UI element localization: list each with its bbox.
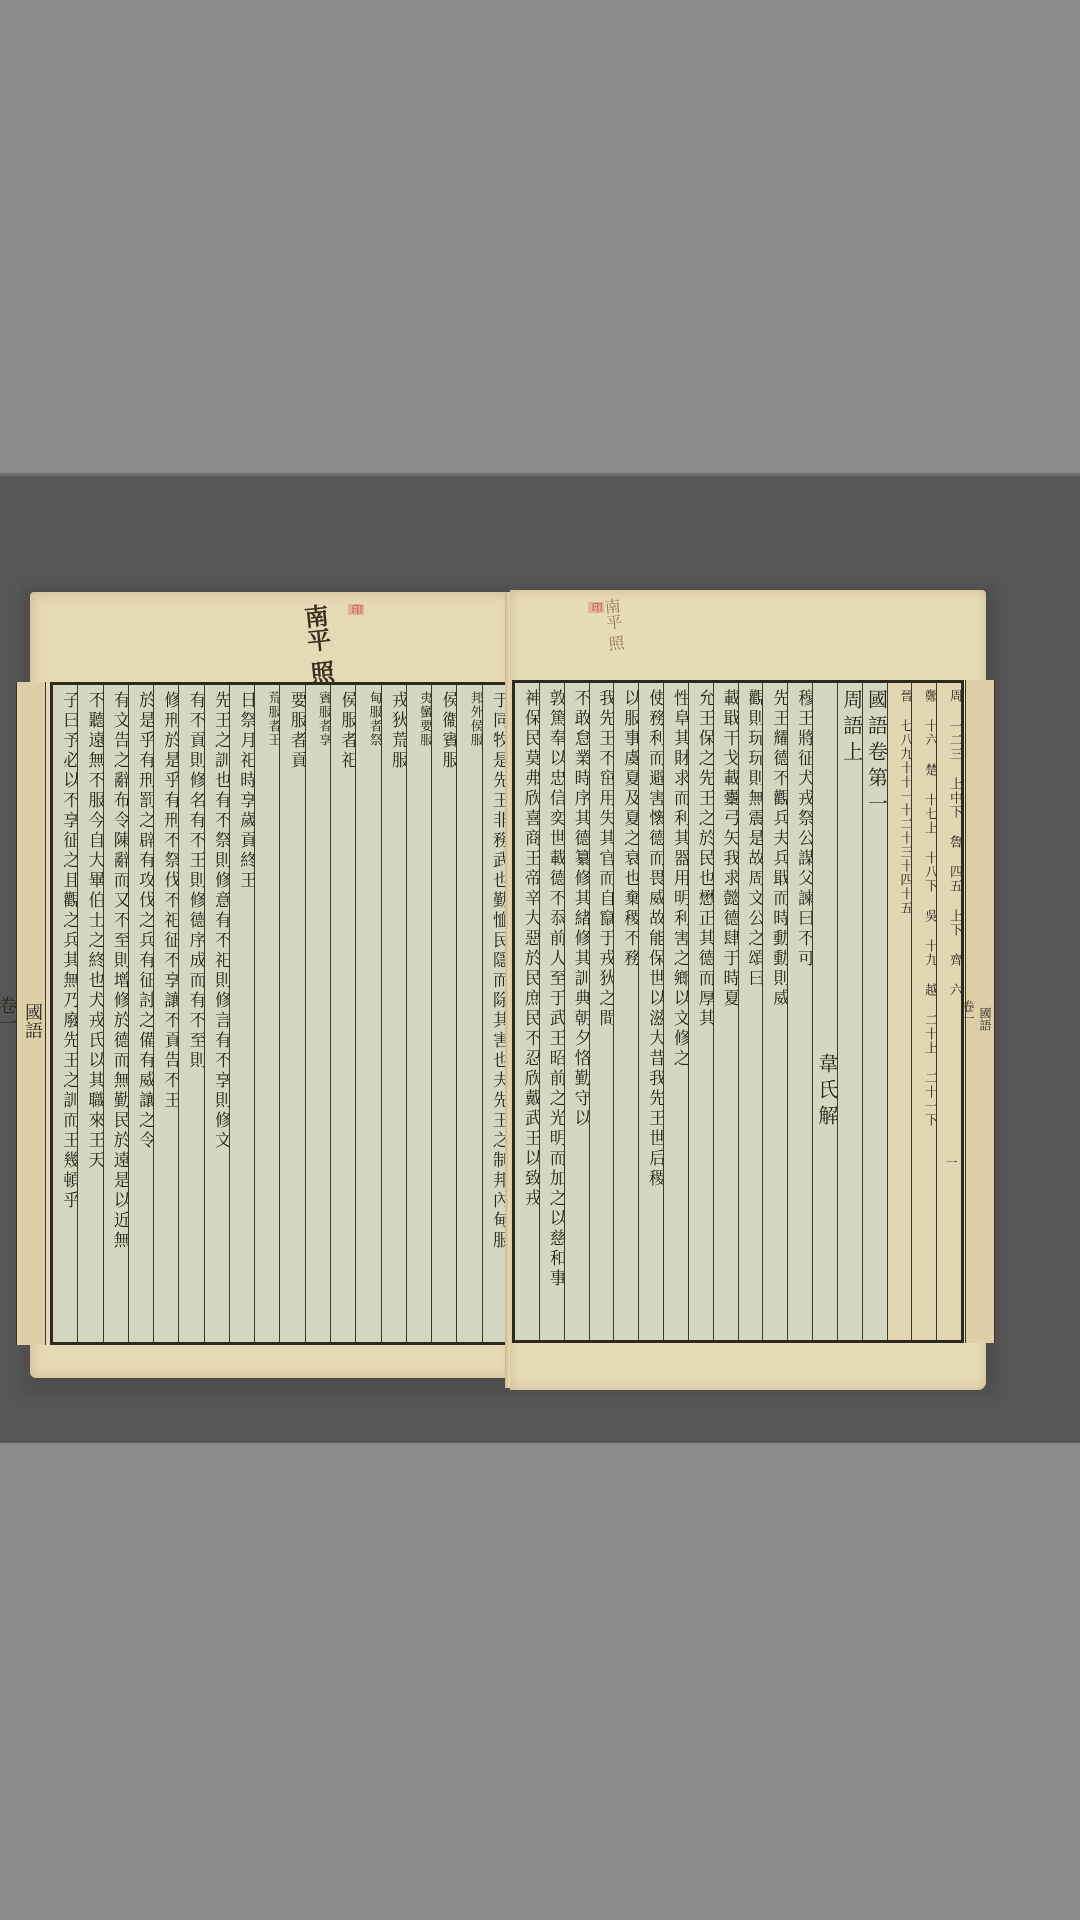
- spine-volume: 卷一: [0, 996, 19, 1032]
- red-seal: 印: [348, 604, 364, 615]
- text-column: 有文告之辭布令陳辭而又不至則增修於德而無勤民於遠是以近無: [103, 685, 128, 1342]
- text-column: 日祭月祀時享歲貢終王: [229, 685, 254, 1342]
- left-text-block: 于同牧是先王非務武也勤恤民隱而除其害也夫先王之制邦內甸服 邦外侯服 侯衞賓服 夷…: [50, 682, 510, 1345]
- text-column: 性阜其財求而利其器用明利害之鄉以文修之: [663, 683, 688, 1340]
- text-column: 侯服者祀: [330, 685, 355, 1342]
- right-page: 南平 照 印 周 一二三 上中下 魯 四五 上下 齊 六 鄭 十六 楚 十七上 …: [510, 590, 986, 1390]
- text-column: 先王耀德不觀兵夫兵戢而時動動則威: [762, 683, 787, 1340]
- left-spine-column: 國語 卷一 二: [16, 682, 46, 1345]
- text-column: 于同牧是先王非務武也勤恤民隱而除其害也夫先王之制邦內甸服: [482, 685, 507, 1342]
- text-column: 甸服者祭: [355, 685, 380, 1342]
- text-column: 賓服者享: [305, 685, 330, 1342]
- text-column: 敦篤奉以忠信奕世載德不忝前人至于武王昭前之光明而加之以慈和事: [539, 683, 564, 1340]
- spine-page-number: 一: [943, 1156, 960, 1168]
- red-seal: 印: [588, 602, 604, 613]
- contents-column: 周 一二三 上中下 魯 四五 上下 齊 六: [936, 683, 961, 1340]
- chapter-title: 周語上: [837, 683, 862, 1340]
- text-column: 先王之訓也有不祭則修意有不祀則修言有不享則修文: [204, 685, 229, 1342]
- text-column: 使務利而避害懷德而畏威故能保世以滋大昔我先王世后稷: [638, 683, 663, 1340]
- commentator-name: 韋氏解: [812, 683, 837, 1340]
- text-column: 夷蠻要服: [406, 685, 431, 1342]
- text-column: 觀則玩玩則無震是故周文公之頌曰: [738, 683, 763, 1340]
- text-column: 不敢怠業時序其德纂修其緒修其訓典朝夕恪勤守以: [564, 683, 589, 1340]
- contents-column: 鄭 十六 楚 十七上 十八下 吳 十九 越 二十上 二十一下: [911, 683, 936, 1340]
- text-column: 邦外侯服: [456, 685, 481, 1342]
- band-edge-line: [0, 473, 1080, 476]
- volume-title: 國語卷第一: [862, 683, 887, 1340]
- text-column: 荒服者王: [254, 685, 279, 1342]
- text-column: 戎狄荒服: [381, 685, 406, 1342]
- right-spine-column: 國語 卷一 一: [965, 680, 995, 1343]
- text-column: 我先王不窋用失其官而自竄于戎狄之間: [589, 683, 614, 1340]
- right-columns: 周 一二三 上中下 魯 四五 上下 齊 六 鄭 十六 楚 十七上 十八下 吳 十…: [515, 683, 961, 1340]
- text-column: 於是乎有刑罰之辟有攻伐之兵有征討之備有威讓之令: [128, 685, 153, 1342]
- text-column: 穆王將征犬戎祭公謀父諫曰不可: [787, 683, 812, 1340]
- right-text-block: 周 一二三 上中下 魯 四五 上下 齊 六 鄭 十六 楚 十七上 十八下 吳 十…: [512, 680, 964, 1343]
- text-column: 允王保之先王之於民也懋正其德而厚其: [688, 683, 713, 1340]
- spine-book-title: 國語: [19, 1003, 45, 1039]
- handwritten-signature: 南平 照: [296, 602, 339, 686]
- spine-volume: 卷一: [960, 1000, 977, 1024]
- text-column: 載戢干戈載櫜弓矢我求懿德肆于時夏: [713, 683, 738, 1340]
- text-column: 要服者貢: [279, 685, 304, 1342]
- text-column: 子曰予必以不享征之且觀之兵其無乃廢先王之訓而王幾頓乎: [53, 685, 77, 1342]
- left-page: 南平 照 印 于同牧是先王非務武也勤恤民隱而除其害也夫先王之制邦內甸服 邦外侯服…: [30, 592, 512, 1378]
- text-column: 神保民莫弗欣喜商王帝辛大惡於民庶民不忍欣戴武王以致戎: [515, 683, 539, 1340]
- text-column: 修刑於是乎有刑不祭伐不祀征不享讓不貢告不王: [153, 685, 178, 1342]
- text-column: 以服事虞夏及夏之衰也棄稷不務: [613, 683, 638, 1340]
- text-column: 侯衞賓服: [431, 685, 456, 1342]
- text-column: 不聽遠無不服今自大畢伯士之終也犬戎氏以其職來王天: [77, 685, 102, 1342]
- text-column: 有不貢則修名有不王則修德序成而有不至則: [178, 685, 203, 1342]
- contents-column: 晉 七八九十十一十二十三十四十五: [887, 683, 912, 1340]
- spine-book-title: 國語: [977, 1007, 994, 1031]
- left-columns: 于同牧是先王非務武也勤恤民隱而除其害也夫先王之制邦內甸服 邦外侯服 侯衞賓服 夷…: [53, 685, 507, 1342]
